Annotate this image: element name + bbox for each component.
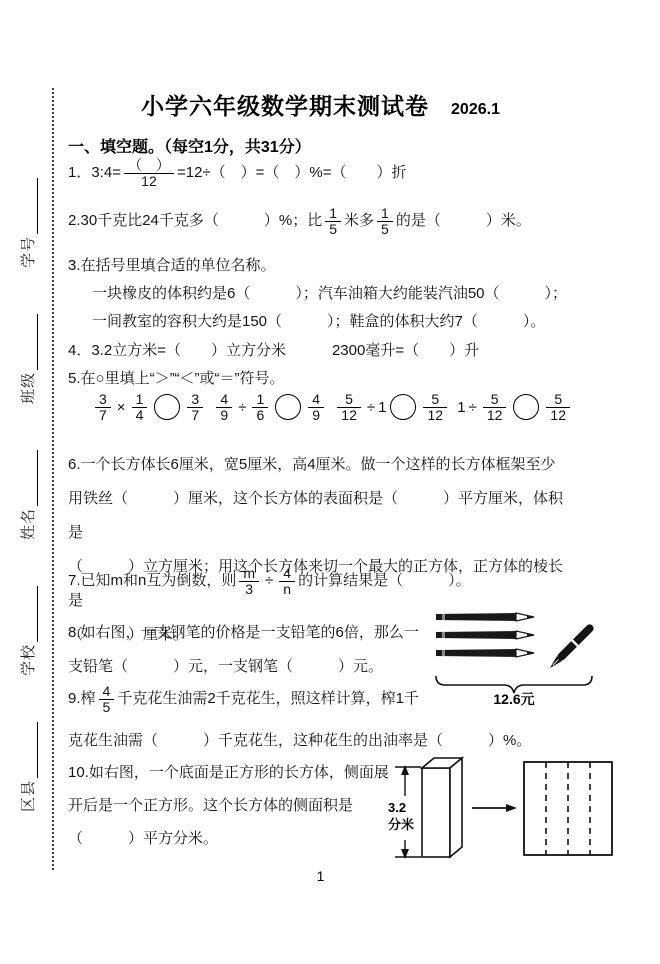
- divide-operator: ÷: [265, 572, 273, 589]
- fraction: 4n: [279, 566, 295, 596]
- comparison-2: 49 ÷ 16 49: [213, 392, 327, 422]
- q9-text-2: 千克花生油需2千克花生，照这样计算，榨1千: [117, 690, 419, 707]
- fraction: m3: [239, 566, 259, 596]
- question-10: 10.如右图，一个底面是正方形的长方体，侧面展 开后是一个正方形。这个长方体的侧…: [68, 756, 408, 855]
- fraction: 49: [308, 392, 324, 422]
- school-blank-line: [22, 586, 38, 642]
- comparison-circle: [390, 394, 416, 420]
- pencil-icon: [436, 631, 534, 639]
- page-number: 1: [68, 868, 573, 884]
- q3-line-3: 一间教室的容积大约是150（ ）；鞋盒的体积大约7（ ）。: [68, 308, 573, 336]
- sidebar-field-student-id: 学号: [17, 178, 38, 268]
- district-blank-line: [22, 722, 38, 778]
- comparison-circle: [154, 394, 180, 420]
- q1-text-pre: 1．3:4=: [68, 164, 121, 181]
- section-heading: 一、填空题。（每空1分，共31分）: [68, 134, 573, 157]
- divide-operator: ÷: [469, 399, 477, 416]
- q2-text-1: 2.30千克比24千克多（ ）%；比: [68, 212, 322, 229]
- pen-icon: [547, 623, 595, 671]
- sidebar-field-district: 区县: [17, 722, 38, 812]
- fraction: 37: [187, 392, 203, 422]
- page-title: 小学六年级数学期末测试卷: [141, 93, 429, 119]
- fraction: 37: [95, 392, 111, 422]
- q6-line-2: 用铁丝（ ）厘米，这个长方体的表面积是（ ）平方厘米，体积是: [68, 482, 573, 550]
- q3-line-1: 3.在括号里填合适的单位名称。: [68, 252, 573, 280]
- fraction: 512: [483, 392, 507, 422]
- unfolded-square: [524, 762, 612, 855]
- prism-figure: 3.2 分米: [388, 752, 620, 871]
- question-2: 2.30千克比24千克多（ ）%；比15米多15的是（ ）米。: [68, 206, 573, 236]
- q8-line-2: 支铅笔（ ）元，一支钢笔（ ）元。: [68, 650, 438, 684]
- q8-line-1: 8.如右图，一支钢笔的价格是一支铅笔的6倍，那么一: [68, 616, 438, 650]
- binding-dotted-line: [52, 88, 54, 870]
- student-id-blank-line: [22, 178, 38, 234]
- divide-operator: ÷: [238, 399, 246, 416]
- q10-line-2: 开后是一个正方形。这个长方体的侧面积是: [68, 789, 408, 822]
- q7-text-2: 的计算结果是（ ）。: [298, 572, 471, 589]
- arrow-icon: [472, 804, 517, 812]
- q7-text-1: 7.已知m和n互为倒数，则: [68, 572, 236, 589]
- question-7: 7.已知m和n互为倒数，则m3÷4n的计算结果是（ ）。: [68, 566, 573, 596]
- header: 小学六年级数学期末测试卷2026.1: [68, 88, 573, 121]
- comparison-1: 37 × 14 37: [92, 392, 206, 422]
- height-label: 3.2: [388, 800, 406, 815]
- multiply-operator: ×: [117, 399, 126, 416]
- sidebar-field-school: 学校: [17, 586, 38, 676]
- sidebar-field-class: 班级: [17, 314, 38, 404]
- comparison-3: 512 ÷ 1 512: [334, 392, 450, 422]
- pencil-icon: [436, 613, 534, 621]
- fraction: 45: [99, 684, 115, 714]
- fraction: 15: [325, 206, 341, 236]
- comparison-circle: [275, 394, 301, 420]
- fraction: 512: [423, 392, 447, 422]
- q10-line-3: （ ）平方分米。: [68, 822, 408, 855]
- comparison-4: 1 ÷ 512 512: [457, 392, 573, 422]
- q4-part-b: 2300毫升=（ ）升: [332, 342, 479, 359]
- question-5: 5.在○里填上“＞”“＜”或“＝”符号。: [68, 364, 573, 394]
- class-blank-line: [22, 314, 38, 370]
- height-unit-label: 分米: [388, 817, 414, 832]
- sidebar-field-name: 姓名: [17, 450, 38, 540]
- q2-text-2: 米多: [344, 212, 374, 229]
- district-label: 区县: [17, 780, 38, 812]
- whole-number: 1: [378, 399, 386, 416]
- exam-date: 2026.1: [451, 101, 500, 118]
- fraction: 49: [216, 392, 232, 422]
- name-label: 姓名: [17, 508, 38, 540]
- fraction: 15: [377, 206, 393, 236]
- question-9: 9.榨45千克花生油需2千克花生，照这样计算，榨1千: [68, 684, 448, 714]
- fraction: 14: [132, 392, 148, 422]
- q1-text-post: =12÷（ ）=（ ）%=（ ）折: [177, 164, 407, 181]
- name-blank-line: [22, 450, 38, 506]
- exam-paper: { "page": {"title": "小学六年级数学期末测试卷", "dat…: [0, 0, 660, 964]
- fraction: 512: [546, 392, 570, 422]
- q9-text-3: 克花生油需（ ）千克花生，这种花生的出油率是（ ）%。: [68, 732, 531, 749]
- q10-line-1: 10.如右图，一个底面是正方形的长方体，侧面展: [68, 756, 408, 789]
- pencil-pen-figure: 12.6元: [430, 604, 605, 710]
- student-id-label: 学号: [17, 236, 38, 268]
- question-1: 1．3:4=（ ）12=12÷（ ）=（ ）%=（ ）折: [68, 158, 573, 188]
- q3-line-2: 一块橡皮的体积约是6（ ）；汽车油箱大约能装汽油50（ ）；: [68, 280, 573, 308]
- class-label: 班级: [17, 372, 38, 404]
- price-label: 12.6元: [493, 691, 534, 706]
- fraction: （ ）12: [124, 158, 174, 188]
- q9-text-1: 9.榨: [68, 690, 96, 707]
- school-label: 学校: [17, 644, 38, 676]
- q5-comparisons: 37 × 14 37 49 ÷ 16 49 512 ÷ 1 512 1 ÷ 51…: [68, 392, 573, 422]
- q6-line-1: 6.一个长方体长6厘米，宽5厘米，高4厘米。做一个这样的长方体框架至少: [68, 448, 573, 482]
- pencil-icon: [436, 649, 534, 657]
- sidebar-student-info: 区县 学校 姓名 班级 学号: [14, 112, 38, 812]
- question-3: 3.在括号里填合适的单位名称。 一块橡皮的体积约是6（ ）；汽车油箱大约能装汽油…: [68, 252, 573, 336]
- comparison-circle: [513, 394, 539, 420]
- question-8: 8.如右图，一支钢笔的价格是一支铅笔的6倍，那么一 支铅笔（ ）元，一支钢笔（ …: [68, 616, 438, 684]
- whole-number: 1: [457, 399, 465, 416]
- question-4: 4．3.2立方米=（ ）立方分米2300毫升=（ ）升: [68, 336, 573, 366]
- divide-operator: ÷: [367, 399, 375, 416]
- rectangular-prism: [422, 758, 462, 857]
- fraction: 512: [337, 392, 361, 422]
- fraction: 16: [252, 392, 268, 422]
- q2-text-3: 的是（ ）米。: [396, 212, 531, 229]
- q4-part-a: 4．3.2立方米=（ ）立方分米: [68, 342, 286, 359]
- q5-heading: 5.在○里填上“＞”“＜”或“＝”符号。: [68, 370, 285, 387]
